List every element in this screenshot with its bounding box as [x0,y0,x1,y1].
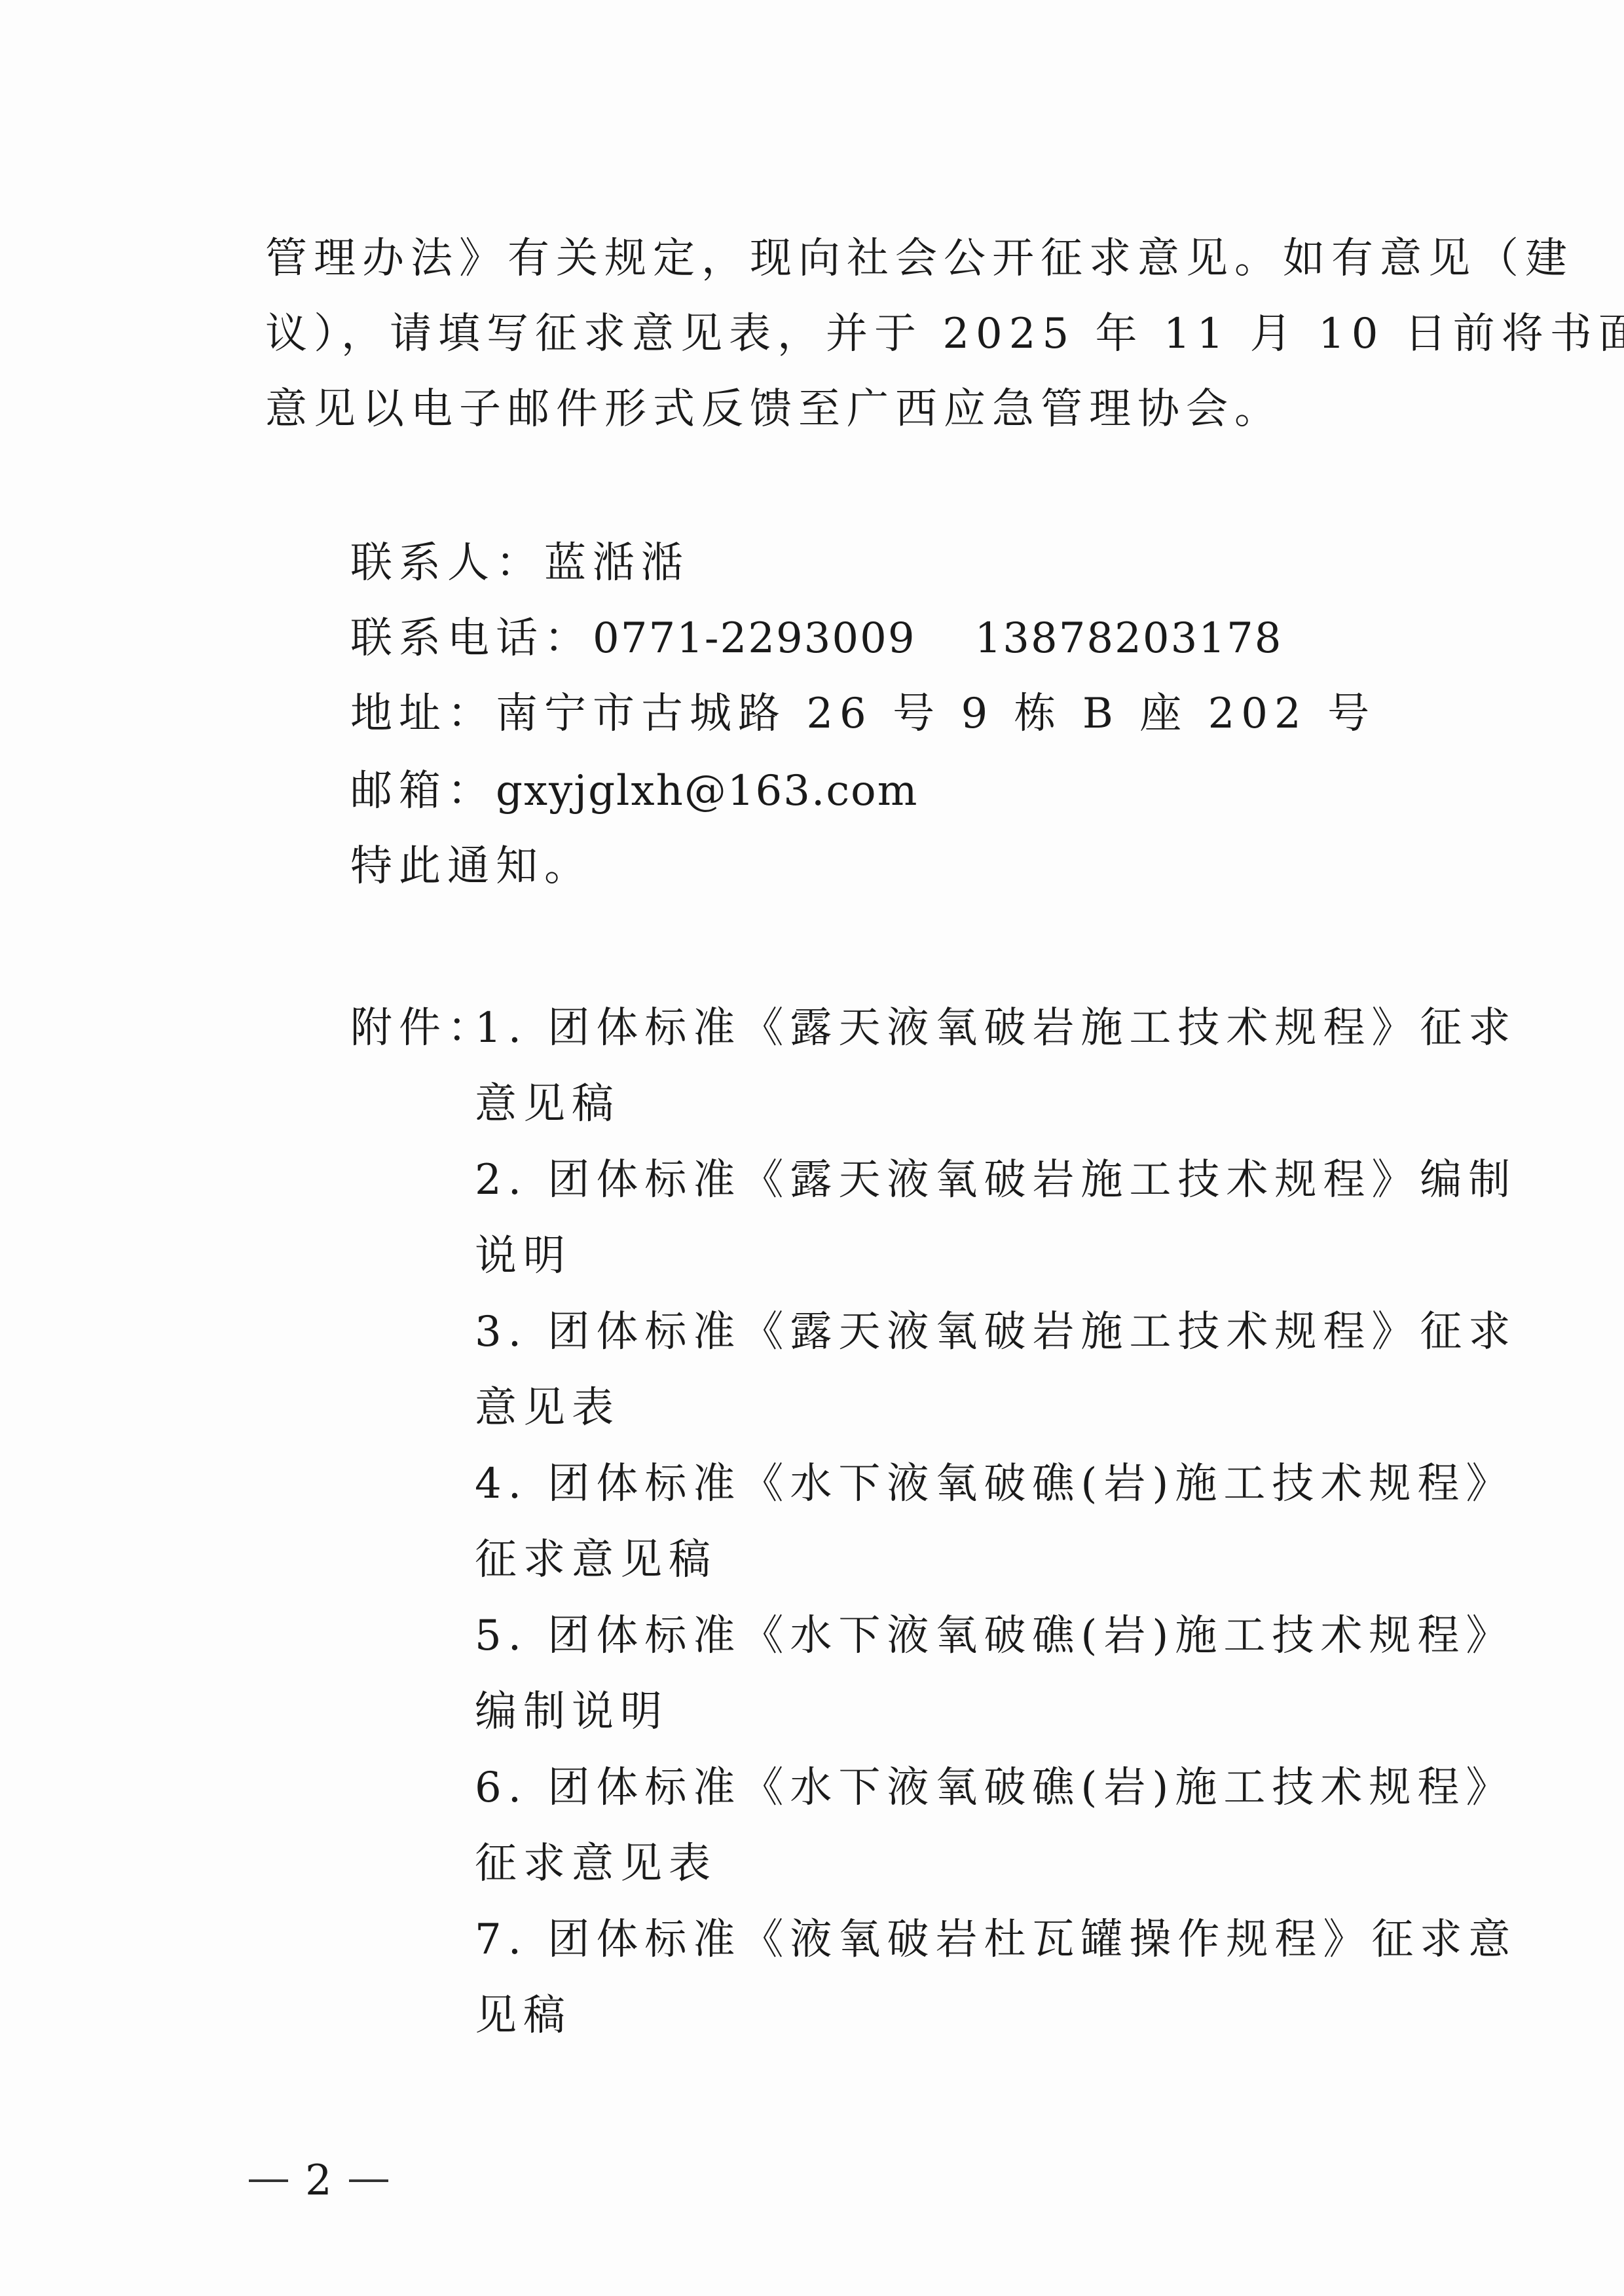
page-number: 2 [305,2155,332,2207]
attachment-item-1-cont: 意见稿 [475,1078,620,1130]
document-page: 管理办法》有关规定，现向社会公开征求意见。如有意见（建 议），请填写征求意见表，… [0,0,1624,2296]
attachment-item-2: 2. 团体标准《露天液氧破岩施工技术规程》编制 [475,1154,1517,1206]
contact-phone-mobile: 13878203178 [975,614,1283,663]
paragraph-line-1: 管理办法》有关规定，现向社会公开征求意见。如有意见（建 [265,232,1574,285]
contact-person-label: 联系人： [350,539,544,587]
contact-person: 联系人：蓝湉湉 [350,537,690,589]
paragraph-line-3: 意见以电子邮件形式反馈至广西应急管理协会。 [265,383,1283,435]
attachment-item-1: 1. 团体标准《露天液氧破岩施工技术规程》征求 [475,1002,1517,1054]
attachment-item-2-cont: 说明 [475,1230,572,1282]
page-number-footer: 2 [249,2155,388,2207]
contact-phone: 联系电话：0771-229300913878203178 [350,612,1282,665]
attachment-item-7-cont: 见稿 [475,1990,572,2042]
attachment-item-3: 3. 团体标准《露天液氧破岩施工技术规程》征求 [475,1306,1517,1358]
page-number-dash-left [249,2179,288,2182]
page-number-dash-right [349,2179,388,2182]
attachment-item-4: 4. 团体标准《水下液氧破礁(岩)施工技术规程》 [475,1458,1514,1510]
attachment-item-5: 5. 团体标准《水下液氧破礁(岩)施工技术规程》 [475,1610,1514,1662]
contact-address-value: 南宁市古城路 26 号 9 栋 B 座 202 号 [496,690,1376,738]
contact-email-label: 邮箱： [350,767,496,815]
contact-person-value: 蓝湉湉 [544,539,690,587]
attachment-item-6-cont: 征求意见表 [475,1838,717,1890]
attachment-item-5-cont: 编制说明 [475,1686,669,1738]
attachment-item-7: 7. 团体标准《液氧破岩杜瓦罐操作规程》征求意 [475,1914,1517,1966]
contact-email: 邮箱：gxyjglxh@163.com [350,765,918,817]
paragraph-line-2: 议），请填写征求意见表，并于 2025 年 11 月 10 日前将书面 [265,308,1624,360]
closing-statement: 特此通知。 [350,840,593,893]
contact-phone-label: 联系电话： [350,614,593,663]
attachments-label: 附件： [350,1002,496,1054]
contact-address-label: 地址： [350,690,496,738]
contact-phone-landline: 0771-2293009 [593,614,916,663]
attachment-item-3-cont: 意见表 [475,1382,620,1434]
contact-email-value: gxyjglxh@163.com [496,767,918,815]
contact-address: 地址：南宁市古城路 26 号 9 栋 B 座 202 号 [350,688,1376,740]
attachment-item-4-cont: 征求意见稿 [475,1534,717,1586]
attachment-item-6: 6. 团体标准《水下液氧破礁(岩)施工技术规程》 [475,1762,1514,1814]
